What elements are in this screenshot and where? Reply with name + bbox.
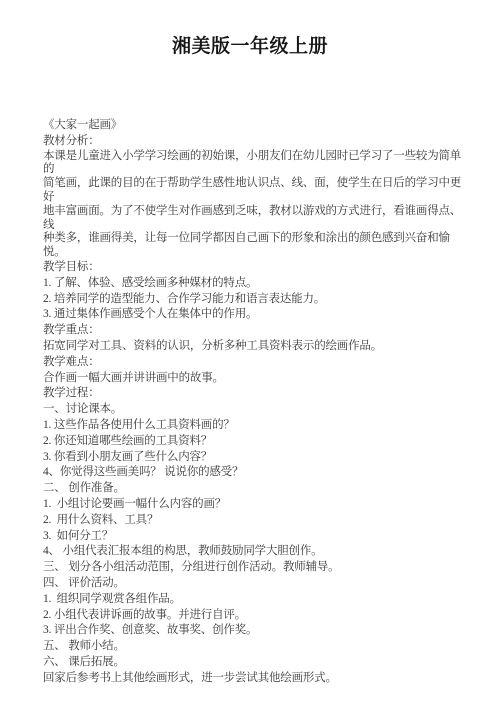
doc-line: 本课是儿童进入小学学习绘画的初始课，小朋友们在幼儿园时已学习了一些较为简单的 — [43, 150, 471, 178]
doc-line: 简笔画，此课的目的在于帮助学生感性地认识点、线、面，使学生在日后的学习中更好 — [43, 177, 471, 205]
doc-line: 教学难点： — [43, 355, 471, 371]
doc-line: 地丰富画面。为了不使学生对作画感到乏味，教材以游戏的方式进行，看谁画得点、线 — [43, 205, 471, 233]
doc-line: 种类多，谁画得美，让每一位同学都因自己画下的形象和涂出的颜色感到兴奋和愉悦。 — [43, 232, 471, 260]
doc-line: 一、讨论课本。 — [43, 402, 471, 418]
doc-line: 3. 通过集体作画感受个人在集体中的作用。 — [43, 307, 471, 323]
doc-line: 四、 评价活动。 — [43, 576, 471, 592]
doc-line: 4、 小组代表汇报本组的构思，教师鼓励同学大胆创作。 — [43, 544, 471, 560]
doc-line: 三、 划分各小组活动范围，分组进行创作活动。教师辅导。 — [43, 560, 471, 576]
document-title: 湘美版一年级上册 — [0, 31, 500, 58]
doc-line: 拓宽同学对工具、资料的认识，分析多种工具资料表示的绘画作品。 — [43, 339, 471, 355]
doc-line: 回家后参考书上其他绘画形式，进一步尝试其他绘画形式。 — [43, 671, 471, 687]
doc-line: 1. 这些作品各使用什么工具资料画的？ — [43, 418, 471, 434]
doc-line: 2. 用什么资料、工具？ — [43, 513, 471, 529]
doc-line: 教学目标： — [43, 260, 471, 276]
doc-line: 3. 评出合作奖、创意奖、故事奖、创作奖。 — [43, 623, 471, 639]
doc-line: 3. 如何分工？ — [43, 529, 471, 545]
doc-line: 2. 小组代表讲诉画的故事。并进行自评。 — [43, 608, 471, 624]
doc-line: 2. 培养同学的造型能力、合作学习能力和语言表达能力。 — [43, 292, 471, 308]
doc-line: 3. 你看到小朋友画了些什么内容？ — [43, 450, 471, 466]
doc-line: 二、 创作准备。 — [43, 481, 471, 497]
doc-line: 1. 组织同学观赏各组作品。 — [43, 592, 471, 608]
doc-line: 1. 小组讨论要画一幅什么内容的画？ — [43, 497, 471, 513]
doc-line: 《大家一起画》 — [43, 118, 471, 134]
doc-line: 1. 了解、体验、感受绘画多种媒材的特点。 — [43, 276, 471, 292]
doc-line: 五、 教师小结。 — [43, 639, 471, 655]
doc-line: 2. 你还知道哪些绘画的工具资料？ — [43, 434, 471, 450]
doc-line: 教学重点： — [43, 323, 471, 339]
doc-line: 4、你觉得这些画美吗？ 说说你的感受？ — [43, 465, 471, 481]
doc-line: 教材分析： — [43, 134, 471, 150]
doc-line: 六、 课后拓展。 — [43, 655, 471, 671]
doc-line: 教学过程： — [43, 386, 471, 402]
document-body: 《大家一起画》教材分析：本课是儿童进入小学学习绘画的初始课，小朋友们在幼儿园时已… — [43, 118, 471, 686]
document-page: 湘美版一年级上册 《大家一起画》教材分析：本课是儿童进入小学学习绘画的初始课，小… — [0, 0, 500, 707]
doc-line: 合作画一幅大画并讲讲画中的故事。 — [43, 371, 471, 387]
